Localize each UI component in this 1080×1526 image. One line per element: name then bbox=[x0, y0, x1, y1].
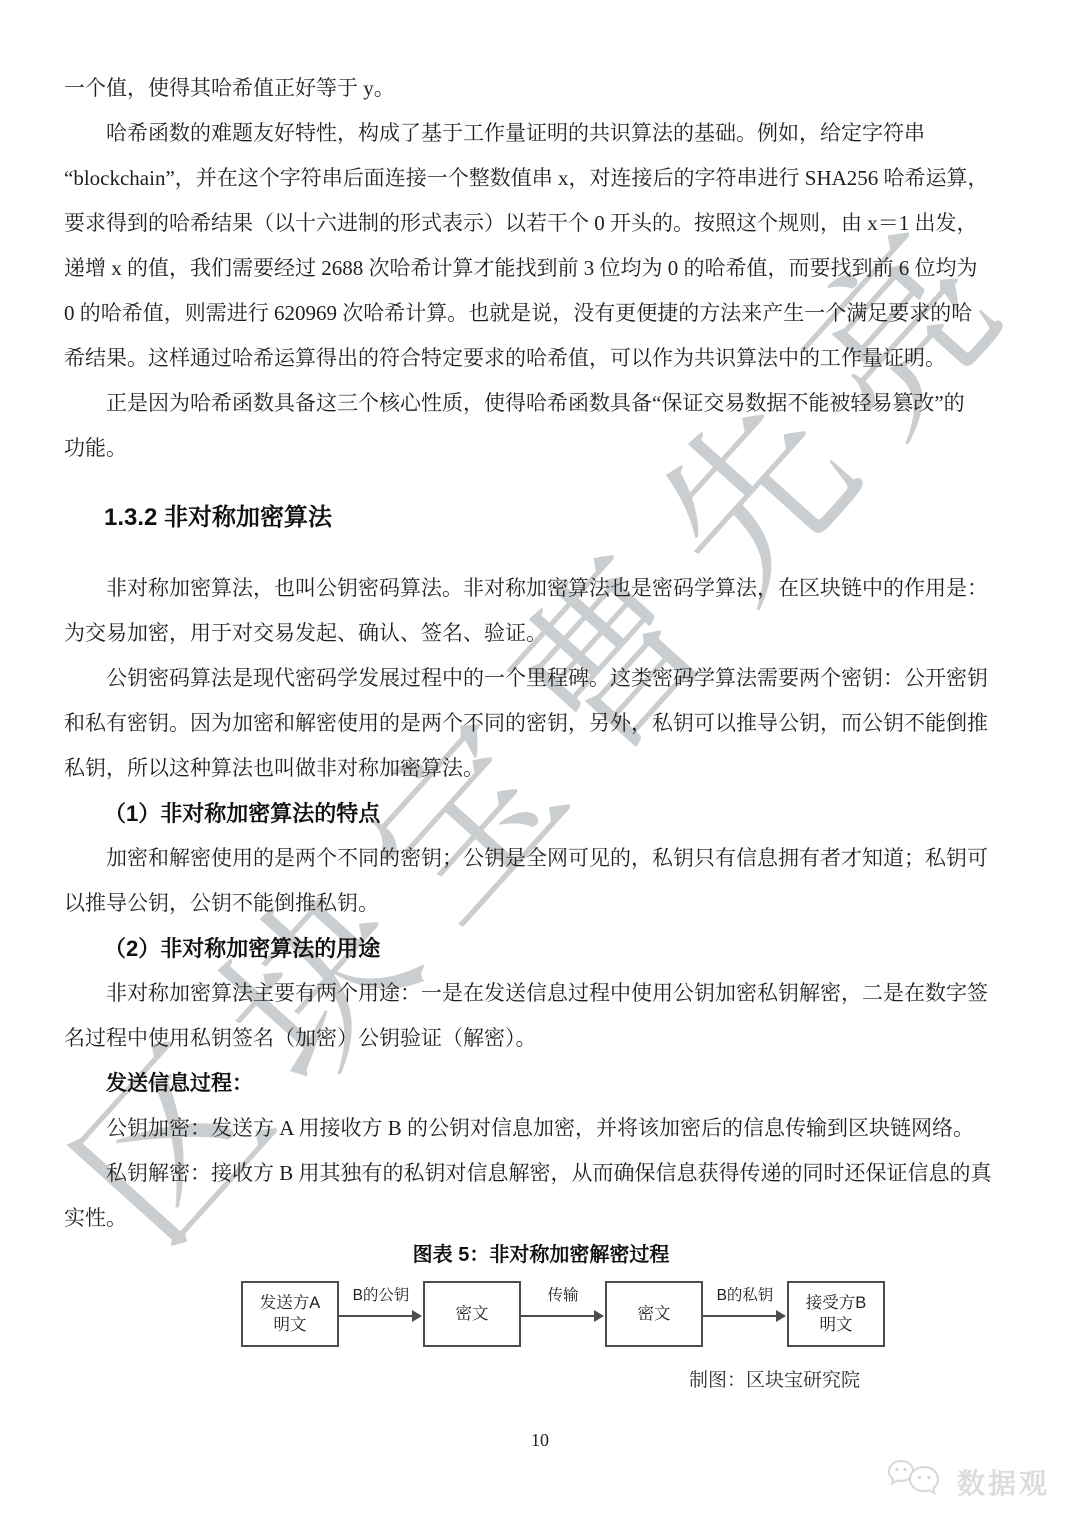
node-label: 明文 bbox=[274, 1314, 307, 1336]
brand-watermark: 数据观 bbox=[887, 1456, 1050, 1507]
flow-diagram: 发送方A 明文 B的公钥 密文 传输 密文 B的私钥 接受方B 明文 bbox=[64, 1281, 1018, 1347]
paragraph-line: 非对称加密算法，也叫公钥密码算法。非对称加密算法也是密码学算法，在区块链中的作用… bbox=[64, 566, 1018, 611]
sub-heading-uses: （2）非对称加密算法的用途 bbox=[64, 926, 1018, 971]
paragraph-line: 一个值，使得其哈希值正好等于 y。 bbox=[64, 66, 1018, 111]
flow-node-receiver-plaintext: 接受方B 明文 bbox=[787, 1281, 885, 1347]
paragraph-line: 功能。 bbox=[64, 426, 1018, 471]
node-label: 接受方B bbox=[806, 1292, 867, 1314]
paragraph-line: 以推导公钥，公钥不能倒推私钥。 bbox=[64, 881, 1018, 926]
arrow-label: 传输 bbox=[521, 1283, 605, 1305]
paragraph-line: 公钥加密：发送方 A 用接收方 B 的公钥对信息加密，并将该加密后的信息传输到区… bbox=[64, 1106, 1018, 1151]
process-label: 发送信息过程： bbox=[64, 1061, 1018, 1106]
paragraph-line: 递增 x 的值，我们需要经过 2688 次哈希计算才能找到前 3 位均为 0 的… bbox=[64, 246, 1018, 291]
paragraph-line: 和私有密钥。因为加密和解密使用的是两个不同的密钥，另外，私钥可以推导公钥，而公钥… bbox=[64, 701, 1018, 746]
section-heading: 1.3.2 非对称加密算法 bbox=[64, 495, 1018, 540]
flow-node-ciphertext-2: 密文 bbox=[605, 1281, 703, 1347]
paragraph-line: 0 的哈希值，则需进行 620969 次哈希计算。也就是说，没有更便捷的方法来产… bbox=[64, 291, 1018, 336]
figure-caption: 制图：区块宝研究院 bbox=[64, 1365, 1018, 1392]
arrow-head-icon bbox=[776, 1310, 786, 1322]
arrow-label: B的公钥 bbox=[339, 1283, 423, 1305]
flow-arrow-transmit: 传输 bbox=[521, 1281, 605, 1347]
node-label: 发送方A bbox=[260, 1292, 321, 1314]
flow-arrow-public-key: B的公钥 bbox=[339, 1281, 423, 1347]
arrow-line-icon bbox=[703, 1315, 779, 1317]
document-body: 一个值，使得其哈希值正好等于 y。 哈希函数的难题友好特性，构成了基于工作量证明… bbox=[64, 66, 1018, 1241]
arrow-line-icon bbox=[339, 1315, 415, 1317]
paragraph-line: 加密和解密使用的是两个不同的密钥；公钥是全网可见的，私钥只有信息拥有者才知道；私… bbox=[64, 836, 1018, 881]
paragraph-line: 哈希函数的难题友好特性，构成了基于工作量证明的共识算法的基础。例如，给定字符串 bbox=[64, 111, 1018, 156]
flow-node-ciphertext-1: 密文 bbox=[423, 1281, 521, 1347]
paragraph-line: 为交易加密，用于对交易发起、确认、签名、验证。 bbox=[64, 611, 1018, 656]
brand-text: 数据观 bbox=[957, 1462, 1050, 1502]
paragraph-line: 非对称加密算法主要有两个用途：一是在发送信息过程中使用公钥加密私钥解密，二是在数… bbox=[64, 971, 1018, 1016]
node-label: 明文 bbox=[820, 1314, 853, 1336]
chat-bubbles-icon bbox=[887, 1456, 949, 1507]
paragraph-line: “blockchain”，并在这个字符串后面连接一个整数值串 x，对连接后的字符… bbox=[64, 156, 1018, 201]
paragraph-line: 要求得到的哈希结果（以十六进制的形式表示）以若干个 0 开头的。按照这个规则，由… bbox=[64, 201, 1018, 246]
paragraph-line: 正是因为哈希函数具备这三个核心性质，使得哈希函数具备“保证交易数据不能被轻易篡改… bbox=[64, 381, 1018, 426]
paragraph-line: 名过程中使用私钥签名（加密）公钥验证（解密）。 bbox=[64, 1016, 1018, 1061]
flow-node-sender-plaintext: 发送方A 明文 bbox=[241, 1281, 339, 1347]
arrow-head-icon bbox=[594, 1310, 604, 1322]
arrow-label: B的私钥 bbox=[703, 1283, 787, 1305]
paragraph-line: 公钥密码算法是现代密码学发展过程中的一个里程碑。这类密码学算法需要两个密钥：公开… bbox=[64, 656, 1018, 701]
node-label: 密文 bbox=[456, 1303, 489, 1325]
node-label: 密文 bbox=[638, 1303, 671, 1325]
page-number: 10 bbox=[0, 1430, 1080, 1451]
paragraph-line: 希结果。这样通过哈希运算得出的符合特定要求的哈希值，可以作为共识算法中的工作量证… bbox=[64, 336, 1018, 381]
figure-title: 图表 5：非对称加密解密过程 bbox=[64, 1238, 1018, 1267]
paragraph-line: 实性。 bbox=[64, 1196, 1018, 1241]
figure-5: 图表 5：非对称加密解密过程 发送方A 明文 B的公钥 密文 传输 密文 B的私… bbox=[64, 1238, 1018, 1392]
paragraph-line: 私钥，所以这种算法也叫做非对称加密算法。 bbox=[64, 746, 1018, 791]
arrow-head-icon bbox=[412, 1310, 422, 1322]
paragraph-line: 私钥解密：接收方 B 用其独有的私钥对信息解密，从而确保信息获得传递的同时还保证… bbox=[64, 1151, 1018, 1196]
flow-arrow-private-key: B的私钥 bbox=[703, 1281, 787, 1347]
arrow-line-icon bbox=[521, 1315, 597, 1317]
sub-heading-features: （1）非对称加密算法的特点 bbox=[64, 791, 1018, 836]
